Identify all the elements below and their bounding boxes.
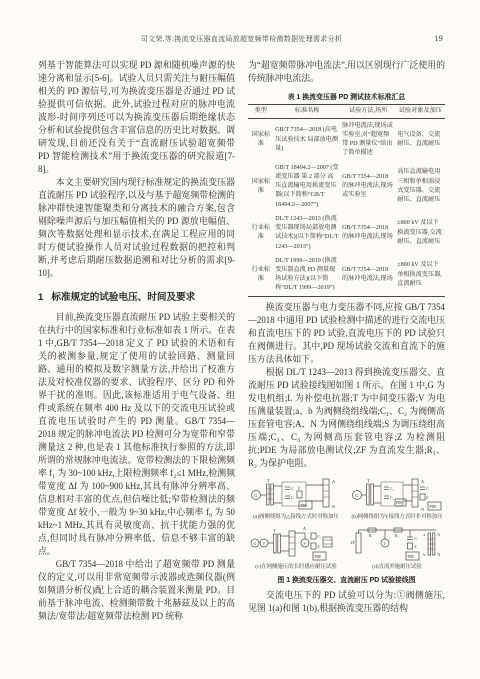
label-generator: G bbox=[254, 493, 257, 498]
label-pde: PDE bbox=[300, 504, 308, 508]
label-v: V bbox=[262, 542, 265, 546]
label-n: N bbox=[332, 504, 335, 509]
paragraph-top: 为“超宽频带脉冲电流法”,用以区别现行广泛使用的传统脉冲电流法。 bbox=[248, 59, 445, 85]
label-c4: C₄ bbox=[390, 496, 394, 500]
label-n: N bbox=[437, 553, 440, 557]
label-a: A bbox=[332, 479, 335, 484]
col-header-type: 类型 bbox=[248, 105, 274, 119]
label-c3: C₃ bbox=[390, 487, 394, 491]
label-z: Z bbox=[317, 545, 319, 549]
section-heading-1: 1 标准规定的试验电压、时间及要求 bbox=[38, 289, 235, 303]
label-z: Z bbox=[414, 545, 416, 549]
paragraph-wiring: 根据 DL/T 1243—2013 得到换流变压器交、直流耐压 PD 试验接线图… bbox=[248, 366, 445, 470]
figure-1-caption: 图 1 换流变压器交、直流耐压 PD 试验接线图 bbox=[248, 574, 445, 584]
table-row: 行业标准 DL/T 1999—2019 (换流变压器直流 PD 测量现场试验方法… bbox=[248, 254, 445, 296]
table-row: 国家标准 GB/T 18494.2—2007 (变流变压器 第 2 部分 高压直… bbox=[248, 161, 445, 212]
running-title: 司文荣,等:换流变压器直流局放超宽频带检测数据处理需求分析 bbox=[141, 35, 342, 43]
label-c2: C₂ bbox=[291, 496, 295, 500]
label-a: A bbox=[303, 526, 306, 531]
label-a: A bbox=[437, 533, 440, 537]
label-r2: R₂ bbox=[395, 534, 399, 538]
standards-table: 类型 标准名称 试验方法,场所 试验对象及加压 国家标准 GB/T 7354—2… bbox=[248, 104, 445, 297]
section-number: 1 bbox=[38, 292, 43, 303]
subfigure-d-caption: (d)直流外施耐压试验 bbox=[372, 564, 421, 571]
label-s: S bbox=[303, 542, 305, 546]
paragraph-difference: 换流变压器与电力变压器不同,应按 GB/T 7354—2018 中通用 PD 试… bbox=[248, 301, 445, 366]
circuit-diagram-c: G V T A bbox=[249, 523, 344, 563]
figure-1: G T C₁ bbox=[248, 473, 445, 584]
subfigure-b: G T C₃ C₄ bbox=[349, 473, 445, 521]
label-transformer: T bbox=[367, 478, 370, 483]
circuit-diagram-a: G T C₁ bbox=[249, 473, 344, 513]
cell-object: 高压直流输电用三相和单相油浸式变压器、交流耐压、直流耐压 bbox=[396, 161, 445, 212]
right-column: 为“超宽频带脉冲电流法”,用以区别现行广泛使用的传统脉冲电流法。 表 1 换流变… bbox=[248, 59, 445, 623]
running-head: 司文荣,等:换流变压器直流局放超宽频带检测数据处理需求分析 19 bbox=[38, 34, 445, 46]
subfigure-a-caption: (a)阀侧绕组为△接线方式时对称加压 bbox=[253, 514, 339, 521]
paragraph-ac-test: 交流电压下的 PD 试验可以分为:①阀侧施压,见图 1(a)和图 1(b),根据… bbox=[248, 589, 445, 615]
cell-method: GB/T 7354—2018 的脉冲电流法,现场或实验室 bbox=[341, 161, 396, 212]
subfigure-d: ZF R₁ R₂ V C bbox=[349, 523, 445, 571]
paragraph-intro: 本文主要研究国内现行标准规定的换流变压器直流耐压 PD 试验程序,以及与基于超宽… bbox=[38, 176, 235, 280]
paper-page: { "header": { "running_title": "司文荣,等:换流… bbox=[0, 0, 480, 679]
label-c: C bbox=[414, 537, 417, 541]
paragraph-uwb: GB/T 7354—2018 中给出了超宽频带 PD 测量仪的定义,可以用非常宽… bbox=[38, 558, 235, 623]
table-row: 行业标准 DL/T 1243—2013 (换流变压器现场局部放电测试技术)(以下… bbox=[248, 212, 445, 254]
label-pde: PDE bbox=[395, 501, 403, 505]
paragraph-continuation: 列基于智能算法可以实现 PD 源和随机噪声源的快速分离和显示[5-6]。试验人员… bbox=[38, 59, 235, 176]
col-header-method: 试验方法,场所 bbox=[341, 105, 396, 119]
label-c1: C₁ bbox=[317, 535, 321, 539]
cell-name: DL/T 1243—2013 (换流变压器现场局部放电测试技术)(以下简称“DL… bbox=[274, 212, 341, 254]
cell-method: GB/T 7354—2018 的脉冲电流法,现场 bbox=[341, 212, 396, 254]
label-c1: C₁ bbox=[291, 487, 295, 491]
subfigure-c-caption: (c)在网侧施压的长时感应耐压试验 bbox=[255, 564, 336, 571]
label-n: N bbox=[421, 507, 424, 512]
cell-name: GB/T 7354—2018 (高电压试验技术 局部放电测量) bbox=[274, 119, 341, 161]
col-header-object: 试验对象及加压 bbox=[396, 105, 445, 119]
table1-title: 表 1 换流变压器 PD 测试技术标准汇总 bbox=[248, 91, 445, 101]
subfigure-c: G V T A bbox=[248, 523, 344, 571]
two-column-body: 列基于智能算法可以实现 PD 源和随机噪声源的快速分离和显示[5-6]。试验人员… bbox=[38, 59, 445, 623]
cell-method: GB/T 7354—2018 的脉冲电流法,现场 bbox=[341, 254, 396, 296]
cell-type: 国家标准 bbox=[248, 161, 274, 212]
label-z: Z bbox=[298, 487, 300, 491]
circuit-diagram-d: ZF R₁ R₂ V C bbox=[350, 523, 445, 563]
label-pde: PDE bbox=[314, 555, 322, 559]
left-column: 列基于智能算法可以实现 PD 源和随机噪声源的快速分离和显示[5-6]。试验人员… bbox=[38, 59, 235, 623]
label-generator: G bbox=[355, 493, 358, 498]
label-z: Z bbox=[426, 496, 428, 500]
table-header-row: 类型 标准名称 试验方法,场所 试验对象及加压 bbox=[248, 105, 445, 119]
paragraph-standards: 目前,换流变压器直流耐压 PD 试验主要相关的在执行中的国家标准和行业标准如表 … bbox=[38, 311, 235, 558]
label-a-terminal: a bbox=[423, 533, 425, 537]
cell-type: 行业标准 bbox=[248, 254, 274, 296]
cell-name: GB/T 18494.2—2007 (变流变压器 第 2 部分 高压直流输电用换… bbox=[274, 161, 341, 212]
circuit-diagram-b: G T C₃ C₄ bbox=[350, 473, 445, 513]
label-v: V bbox=[383, 542, 386, 546]
label-r1: R₁ bbox=[369, 534, 373, 538]
label-zf: ZF bbox=[350, 541, 354, 545]
cell-name: DL/T 1999—2019 (换流变压器直流 PD 测量现场试验方法)(以下简… bbox=[274, 254, 341, 296]
label-b-terminal: b bbox=[423, 553, 425, 557]
label-pde: PDE bbox=[407, 555, 415, 559]
cell-object: ±800 kV 及以下单相换流变压器,直流耐压 bbox=[396, 254, 445, 296]
cell-type: 行业标准 bbox=[248, 212, 274, 254]
page-number: 19 bbox=[434, 34, 443, 43]
table-row: 国家标准 GB/T 7354—2018 (高电压试验技术 局部放电测量) 脉冲电… bbox=[248, 119, 445, 161]
figure-grid: G T C₁ bbox=[248, 473, 445, 570]
label-generator: G bbox=[253, 542, 256, 546]
subfigure-b-caption: (b)网侧绕组为Y接线方式时非对称加压 bbox=[351, 514, 442, 521]
label-transformer: T bbox=[273, 528, 276, 533]
cell-method: 脉冲电流法,现场或实验室,对“超宽频带 PD 测量仪”给出了简单描述 bbox=[341, 119, 396, 161]
cell-object: ±800 kV 及以下换流变压器,交流耐压、直流耐压 bbox=[396, 212, 445, 254]
label-pde: PDE bbox=[429, 505, 437, 509]
label-c: C bbox=[426, 487, 429, 491]
subfigure-a: G T C₁ bbox=[248, 473, 344, 521]
label-a: A bbox=[421, 479, 424, 484]
cell-object: 电气设备、交流耐压、直流耐压 bbox=[396, 119, 445, 161]
col-header-name: 标准名称 bbox=[274, 105, 341, 119]
section-title: 标准规定的试验电压、时间及要求 bbox=[51, 289, 195, 303]
label-transformer: T bbox=[267, 478, 270, 483]
cell-type: 国家标准 bbox=[248, 119, 274, 161]
